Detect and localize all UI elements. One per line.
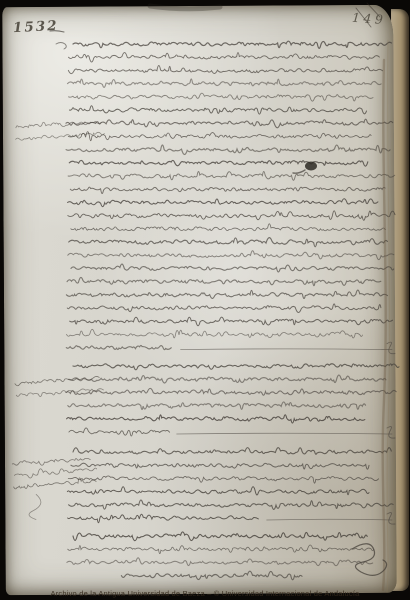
manuscript-page (2, 5, 397, 595)
archive-caption: Archivo de la Antigua Universidad de Bae… (0, 589, 410, 598)
folio-number: 149 (351, 10, 386, 27)
year-annotation: 1532 (13, 18, 59, 36)
photo-frame: 1532 149 Archivo de la Antigua Universid… (0, 0, 410, 600)
